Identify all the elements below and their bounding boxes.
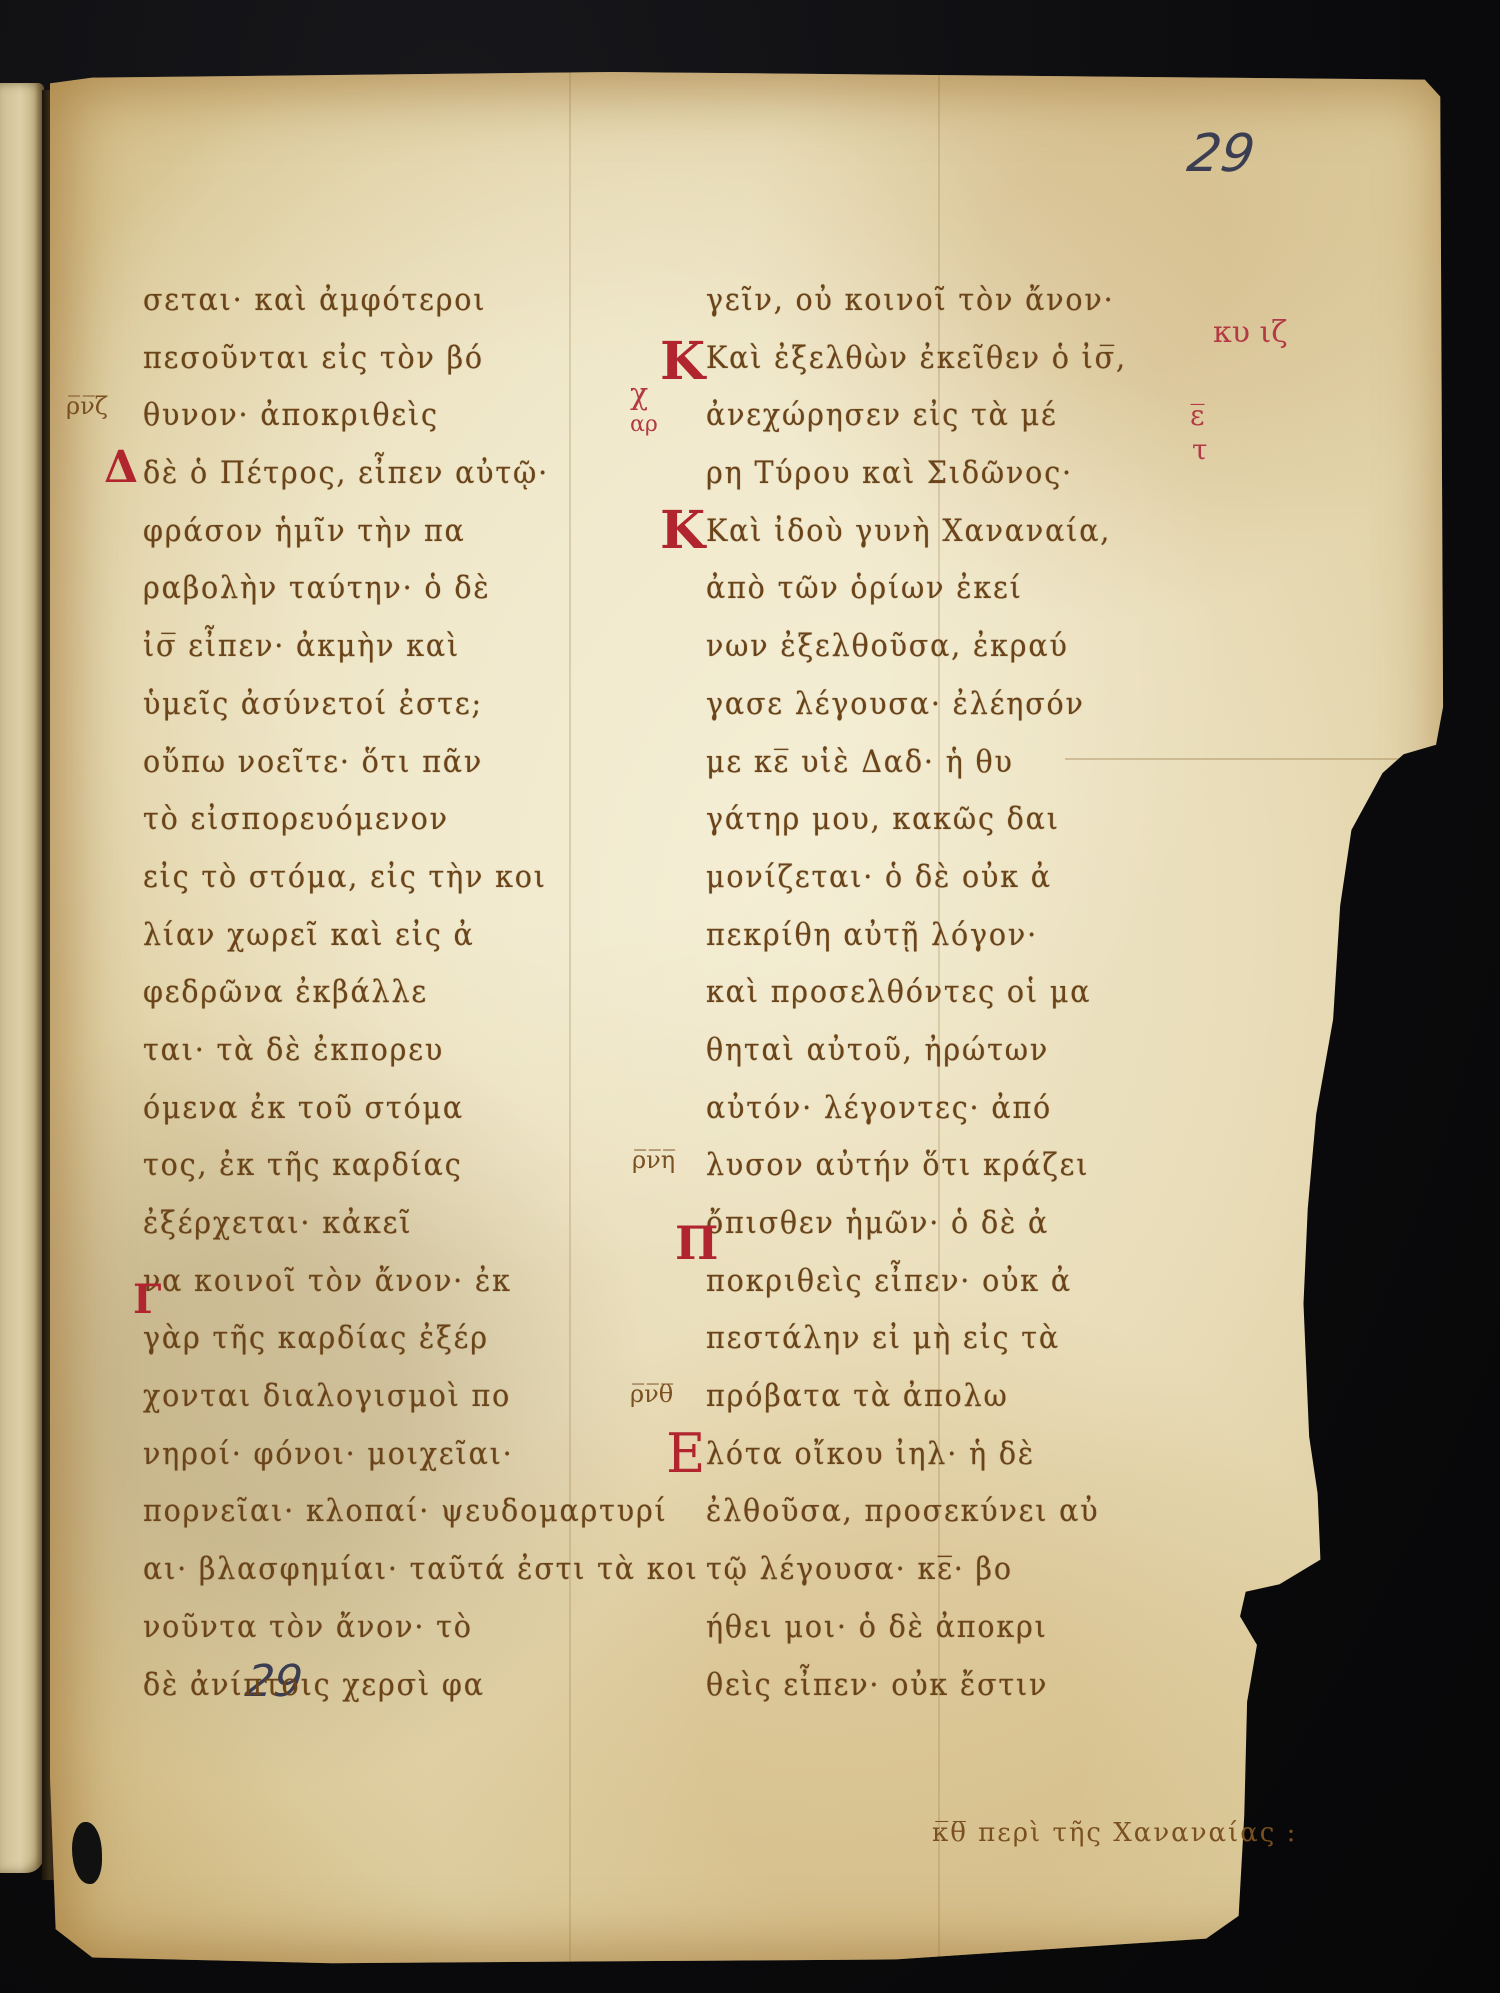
line-text: φεδρῶνα ἐκβάλλε	[143, 964, 428, 1022]
manuscript-line: Καὶ ἐξελθὼν ἐκεῖθεν ὁ ἰσ̅,	[706, 330, 1216, 388]
line-text: θυνον· ἀποκριθεὶς	[143, 387, 439, 445]
line-text: Καὶ ἰδοὺ γυνὴ Χαναναία,	[706, 503, 1111, 561]
rubric-initial-gamma: Γ	[133, 1280, 161, 1320]
lection-mark-tau: τ	[1192, 436, 1208, 464]
manuscript-line: πρόβατα τὰ ἀπολω	[706, 1368, 1216, 1426]
manuscript-line: τος, ἐκ τῆς καρδίας	[143, 1137, 613, 1195]
right-text-column: γεῖν, οὐ κοινοῖ τὸν ἄνον·Καὶ ἐξελθὼν ἐκε…	[706, 272, 1216, 1714]
line-text: γὰρ τῆς καρδίας ἐξέρ	[143, 1310, 489, 1368]
manuscript-line: πορνεῖαι· κλοπαί· ψευδομαρτυρί	[143, 1483, 613, 1541]
ammonian-section-158: ρ̅ν̅η̅	[632, 1148, 675, 1172]
manuscript-line: πεστάλην εἰ μὴ εἰς τὰ	[706, 1310, 1216, 1368]
chapter-mark-chi: χ	[630, 380, 648, 410]
manuscript-line: ἐλθοῦσα, προσεκύνει αὐ	[706, 1483, 1216, 1541]
previous-folio-edge	[0, 83, 44, 1873]
line-text: οὔπω νοεῖτε· ὅτι πᾶν	[143, 734, 483, 792]
manuscript-line: ἰσ̅ εἶπεν· ἀκμὴν καὶ	[143, 618, 613, 676]
manuscript-line: θηταὶ αὐτοῦ, ἠρώτων	[706, 1022, 1216, 1080]
lection-mark-epsilon: ε̅	[1190, 402, 1205, 430]
line-text: ἀνεχώρησεν εἰς τὰ μέ	[706, 387, 1058, 445]
line-text: λυσον αὐτήν ὅτι κράζει	[706, 1137, 1089, 1195]
line-text: γάτηρ μου, κακῶς δαι	[706, 791, 1060, 849]
manuscript-line: δὲ ὁ Πέτρος, εἶπεν αὐτῷ·	[143, 445, 613, 503]
manuscript-line: θεὶς εἶπεν· οὐκ ἔστιν	[706, 1657, 1216, 1715]
line-text: ἐξέρχεται· κἀκεῖ	[143, 1195, 412, 1253]
manuscript-line: αὐτόν· λέγοντες· ἀπό	[706, 1080, 1216, 1138]
manuscript-line: με κε̅ υἱὲ Δαδ· ἡ θυ	[706, 734, 1216, 792]
manuscript-line: γασε λέγουσα· ἐλέησόν	[706, 676, 1216, 734]
line-text: με κε̅ υἱὲ Δαδ· ἡ θυ	[706, 734, 1014, 792]
rubric-initial-pi: Π	[675, 1220, 718, 1266]
manuscript-line: λίαν χωρεῖ καὶ εἰς ἀ	[143, 907, 613, 965]
left-text-column: σεται· καὶ ἀμφότεροιπεσοῦνται εἰς τὸν βό…	[143, 272, 613, 1714]
line-text: ἐλθοῦσα, προσεκύνει αὐ	[706, 1483, 1099, 1541]
line-text: δὲ ὁ Πέτρος, εἶπεν αὐτῷ·	[143, 445, 549, 503]
line-text: λότα οἴκου ἰηλ· ἡ δὲ	[706, 1426, 1035, 1484]
line-text: να κοινοῖ τὸν ἄνον· ἐκ	[143, 1253, 512, 1311]
manuscript-line: ἀνεχώρησεν εἰς τὰ μέ	[706, 387, 1216, 445]
manuscript-line: ὄπισθεν ἡμῶν· ὁ δὲ ἀ	[706, 1195, 1216, 1253]
manuscript-line: τὸ εἰσπορευόμενον	[143, 791, 613, 849]
manuscript-line: σεται· καὶ ἀμφότεροι	[143, 272, 613, 330]
line-text: πορνεῖαι· κλοπαί· ψευδομαρτυρί	[143, 1483, 668, 1541]
line-text: τῷ λέγουσα· κε̅· βο	[706, 1541, 1013, 1599]
line-text: ὄπισθεν ἡμῶν· ὁ δὲ ἀ	[706, 1195, 1049, 1253]
line-text: δὲ ἀνίπτοις χερσὶ φα	[143, 1657, 485, 1715]
line-text: ρη Τύρου καὶ Σιδῶνος·	[706, 445, 1073, 503]
manuscript-line: Καὶ ἰδοὺ γυνὴ Χαναναία,	[706, 503, 1216, 561]
chapter-mark-ar: αρ	[630, 414, 658, 436]
line-text: λίαν χωρεῖ καὶ εἰς ἀ	[143, 907, 475, 965]
line-text: ὑμεῖς ἀσύνετοί ἐστε;	[143, 676, 483, 734]
line-text: ται· τὰ δὲ ἐκπορευ	[143, 1022, 444, 1080]
line-text: θεὶς εἶπεν· οὐκ ἔστιν	[706, 1657, 1048, 1715]
manuscript-line: ται· τὰ δὲ ἐκπορευ	[143, 1022, 613, 1080]
line-text: νων ἐξελθοῦσα, ἐκραύ	[706, 618, 1069, 676]
folio-number-top: 29	[1184, 128, 1257, 180]
line-text: γασε λέγουσα· ἐλέησόν	[706, 676, 1085, 734]
line-text: εἰς τὸ στόμα, εἰς τὴν κοι	[143, 849, 547, 907]
line-text: όμενα ἐκ τοῦ στόμα	[143, 1080, 464, 1138]
manuscript-line: όμενα ἐκ τοῦ στόμα	[143, 1080, 613, 1138]
line-text: θηταὶ αὐτοῦ, ἠρώτων	[706, 1022, 1049, 1080]
line-text: ἰσ̅ εἶπεν· ἀκμὴν καὶ	[143, 618, 460, 676]
manuscript-line: ραβολὴν ταύτην· ὁ δὲ	[143, 560, 613, 618]
ammonian-section-159: ρ̅ν̅θ̅	[630, 1382, 673, 1406]
manuscript-line: μονίζεται· ὁ δὲ οὐκ ἀ	[706, 849, 1216, 907]
manuscript-line: πεκρίθη αὐτῇ λόγον·	[706, 907, 1216, 965]
line-text: νοῦντα τὸν ἄνον· τὸ	[143, 1599, 473, 1657]
line-text: αι· βλασφημίαι· ταῦτά ἐστι τὰ κοι	[143, 1541, 698, 1599]
manuscript-line: νηροί· φόνοι· μοιχεῖαι·	[143, 1426, 613, 1484]
manuscript-line: φεδρῶνα ἐκβάλλε	[143, 964, 613, 1022]
manuscript-line: φράσον ἡμῖν τὴν πα	[143, 503, 613, 561]
line-text: ήθει μοι· ὁ δὲ ἀποκρι	[706, 1599, 1048, 1657]
manuscript-line: γὰρ τῆς καρδίας ἐξέρ	[143, 1310, 613, 1368]
manuscript-line: χονται διαλογισμοὶ πο	[143, 1368, 613, 1426]
manuscript-line: θυνον· ἀποκριθεὶς	[143, 387, 613, 445]
line-text: χονται διαλογισμοὶ πο	[143, 1368, 511, 1426]
line-text: πεσοῦνται εἰς τὸν βό	[143, 330, 484, 388]
rubric-initial-kappa-1: Κ	[660, 336, 705, 388]
manuscript-line: ρη Τύρου καὶ Σιδῶνος·	[706, 445, 1216, 503]
manuscript-line: ἀπὸ τῶν ὁρίων ἐκεί	[706, 560, 1216, 618]
line-text: μονίζεται· ὁ δὲ οὐκ ἀ	[706, 849, 1052, 907]
lection-mark-ky-iz: κυ ιζ	[1213, 318, 1288, 348]
manuscript-line: νων ἐξελθοῦσα, ἐκραύ	[706, 618, 1216, 676]
manuscript-line: λότα οἴκου ἰηλ· ἡ δὲ	[706, 1426, 1216, 1484]
manuscript-line: ἐξέρχεται· κἀκεῖ	[143, 1195, 613, 1253]
line-text: νηροί· φόνοι· μοιχεῖαι·	[143, 1426, 514, 1484]
manuscript-line: οὔπω νοεῖτε· ὅτι πᾶν	[143, 734, 613, 792]
manuscript-line: πεσοῦνται εἰς τὸν βό	[143, 330, 613, 388]
rubric-initial-epsilon: Ε	[666, 1427, 705, 1481]
line-text: γεῖν, οὐ κοινοῖ τὸν ἄνον·	[706, 272, 1115, 330]
manuscript-line: λυσον αὐτήν ὅτι κράζει	[706, 1137, 1216, 1195]
line-text: ποκριθεὶς εἶπεν· οὐκ ἀ	[706, 1253, 1072, 1311]
line-text: σεται· καὶ ἀμφότεροι	[143, 272, 486, 330]
manuscript-line: εἰς τὸ στόμα, εἰς τὴν κοι	[143, 849, 613, 907]
line-text: καὶ προσελθόντες οἱ μα	[706, 964, 1091, 1022]
manuscript-line: γεῖν, οὐ κοινοῖ τὸν ἄνον·	[706, 272, 1216, 330]
line-text: τὸ εἰσπορευόμενον	[143, 791, 449, 849]
manuscript-line: καὶ προσελθόντες οἱ μα	[706, 964, 1216, 1022]
manuscript-line: τῷ λέγουσα· κε̅· βο	[706, 1541, 1216, 1599]
manuscript-line: ήθει μοι· ὁ δὲ ἀποκρι	[706, 1599, 1216, 1657]
chapter-title-footer: κ̅θ̅ περὶ τῆς Χαναναίας :	[932, 1818, 1297, 1848]
line-text: πεστάλην εἰ μὴ εἰς τὰ	[706, 1310, 1060, 1368]
line-text: τος, ἐκ τῆς καρδίας	[143, 1137, 463, 1195]
line-text: Καὶ ἐξελθὼν ἐκεῖθεν ὁ ἰσ̅,	[706, 330, 1127, 388]
line-text: πρόβατα τὰ ἀπολω	[706, 1368, 1009, 1426]
line-text: φράσον ἡμῖν τὴν πα	[143, 503, 466, 561]
line-text: αὐτόν· λέγοντες· ἀπό	[706, 1080, 1052, 1138]
line-text: πεκρίθη αὐτῇ λόγον·	[706, 907, 1038, 965]
manuscript-line: να κοινοῖ τὸν ἄνον· ἐκ	[143, 1253, 613, 1311]
manuscript-line: αι· βλασφημίαι· ταῦτά ἐστι τὰ κοι	[143, 1541, 613, 1599]
manuscript-line: νοῦντα τὸν ἄνον· τὸ	[143, 1599, 613, 1657]
line-text: ἀπὸ τῶν ὁρίων ἐκεί	[706, 560, 1023, 618]
line-text: ραβολὴν ταύτην· ὁ δὲ	[143, 560, 490, 618]
rubric-initial-kappa-2: Κ	[660, 505, 705, 557]
manuscript-line: ποκριθεὶς εἶπεν· οὐκ ἀ	[706, 1253, 1216, 1311]
manuscript-line: δὲ ἀνίπτοις χερσὶ φα	[143, 1657, 613, 1715]
manuscript-line: γάτηρ μου, κακῶς δαι	[706, 791, 1216, 849]
manuscript-line: ὑμεῖς ἀσύνετοί ἐστε;	[143, 676, 613, 734]
rubric-initial-delta: Δ	[104, 446, 138, 490]
ammonian-section-157: ρ̅ν̅ζ̅	[66, 394, 108, 418]
